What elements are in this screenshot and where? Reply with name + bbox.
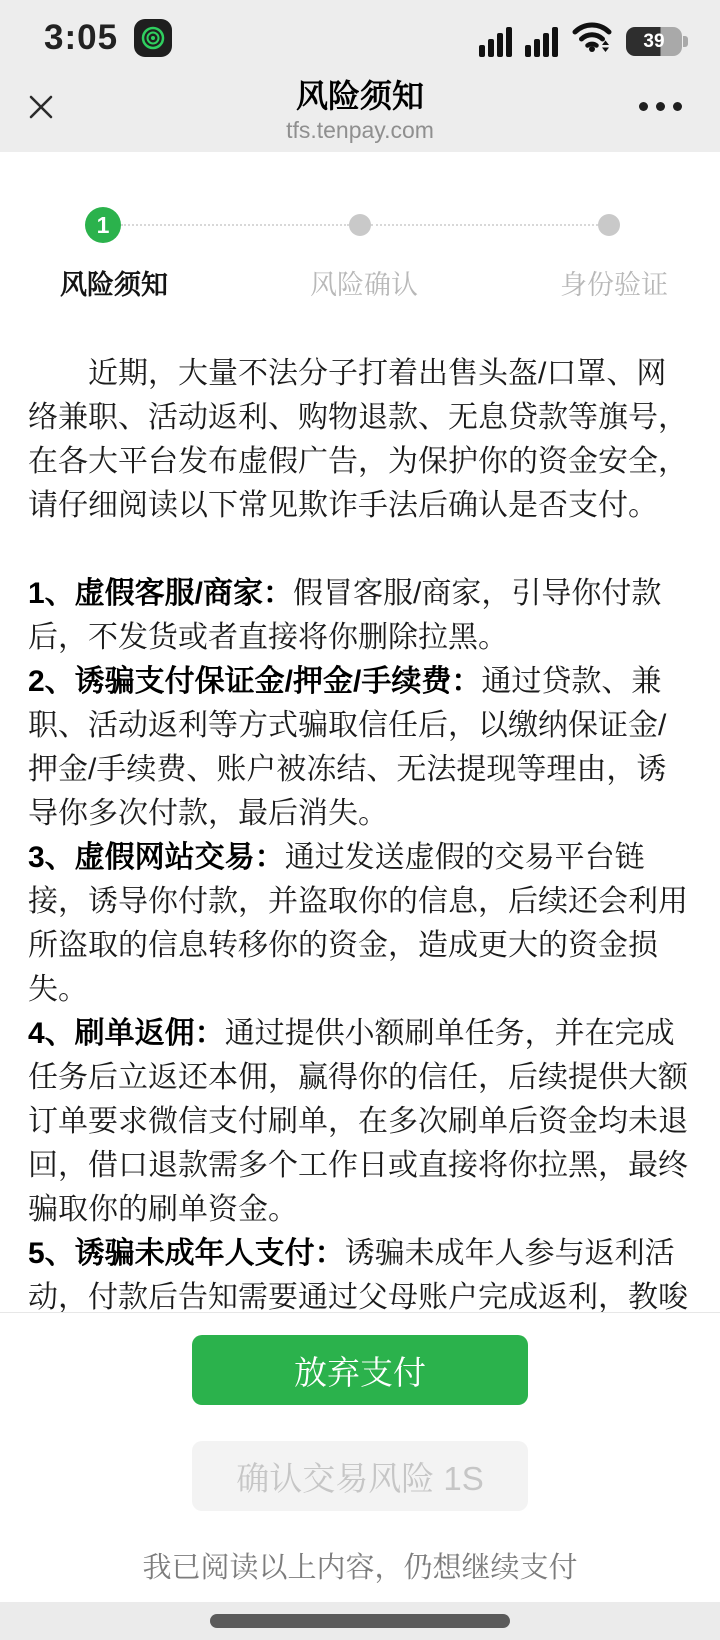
- status-bar: 3:05 39: [0, 0, 720, 75]
- phone-screen: 3:05 39: [0, 0, 720, 1640]
- battery-icon: 39: [626, 27, 682, 56]
- fraud-item-5: 5、诱骗未成年人支付：诱骗未成年人参与返利活动，付款后告知需要通过父母账户完成返…: [28, 1232, 692, 1312]
- step-2-label: 风险确认: [310, 263, 418, 302]
- more-menu-icon[interactable]: [639, 102, 682, 111]
- step-2-indicator: [349, 214, 371, 236]
- step-connector: [121, 224, 349, 226]
- fraud-item-4: 4、刷单返佣：通过提供小额刷单任务，并在完成任务后立返还本佣，赢得你的信任，后续…: [28, 1012, 692, 1232]
- close-icon[interactable]: [24, 90, 58, 124]
- battery-percent: 39: [643, 31, 664, 53]
- step-1-indicator: 1: [85, 207, 121, 243]
- step-3-label: 身份验证: [560, 263, 668, 302]
- risk-notice-text: 近期，大量不法分子打着出售头盔/口罩、网络兼职、活动返利、购物退款、无息贷款等旗…: [0, 352, 720, 1312]
- page-title: 风险须知: [120, 76, 600, 116]
- signal-sim2-icon: [525, 27, 558, 57]
- fraud-item-2: 2、诱骗支付保证金/押金/手续费：通过贷款、兼职、活动返利等方式骗取信任后，以缴…: [28, 660, 692, 836]
- notice-intro: 近期，大量不法分子打着出售头盔/口罩、网络兼职、活动返利、购物退款、无息贷款等旗…: [28, 352, 692, 528]
- home-indicator[interactable]: [210, 1614, 510, 1628]
- abandon-payment-button[interactable]: 放弃支付: [192, 1335, 528, 1405]
- fraud-list: 1、虚假客服/商家：假冒客服/商家，引导你付款后，不发货或者直接将你删除拉黑。 …: [28, 572, 692, 1312]
- step-1-label: 风险须知: [60, 263, 168, 302]
- content-scroll-area[interactable]: 1 风险须知 风险确认 身份验证 近期，大量不法分子打着出售头盔/口罩、网络兼职…: [0, 152, 720, 1312]
- signal-sim1-icon: [479, 27, 512, 57]
- page-url: tfs.tenpay.com: [120, 116, 600, 144]
- clock: 3:05: [44, 18, 118, 58]
- wifi-icon: [571, 19, 613, 58]
- nav-header: 风险须知 tfs.tenpay.com: [0, 75, 720, 152]
- gesture-strip: [0, 1602, 720, 1640]
- action-footer: 放弃支付 确认交易风险 1S 我已阅读以上内容，仍想继续支付: [0, 1312, 720, 1602]
- confirm-risk-button[interactable]: 确认交易风险 1S: [192, 1441, 528, 1511]
- recording-app-icon: [134, 19, 172, 57]
- step-connector: [371, 224, 599, 226]
- step-3-indicator: [598, 214, 620, 236]
- progress-stepper: 1 风险须知 风险确认 身份验证: [0, 152, 720, 302]
- continue-payment-link[interactable]: 我已阅读以上内容，仍想继续支付: [0, 1545, 720, 1586]
- fraud-item-1: 1、虚假客服/商家：假冒客服/商家，引导你付款后，不发货或者直接将你删除拉黑。: [28, 572, 692, 660]
- fraud-item-3: 3、虚假网站交易：通过发送虚假的交易平台链接，诱导你付款，并盗取你的信息，后续还…: [28, 836, 692, 1012]
